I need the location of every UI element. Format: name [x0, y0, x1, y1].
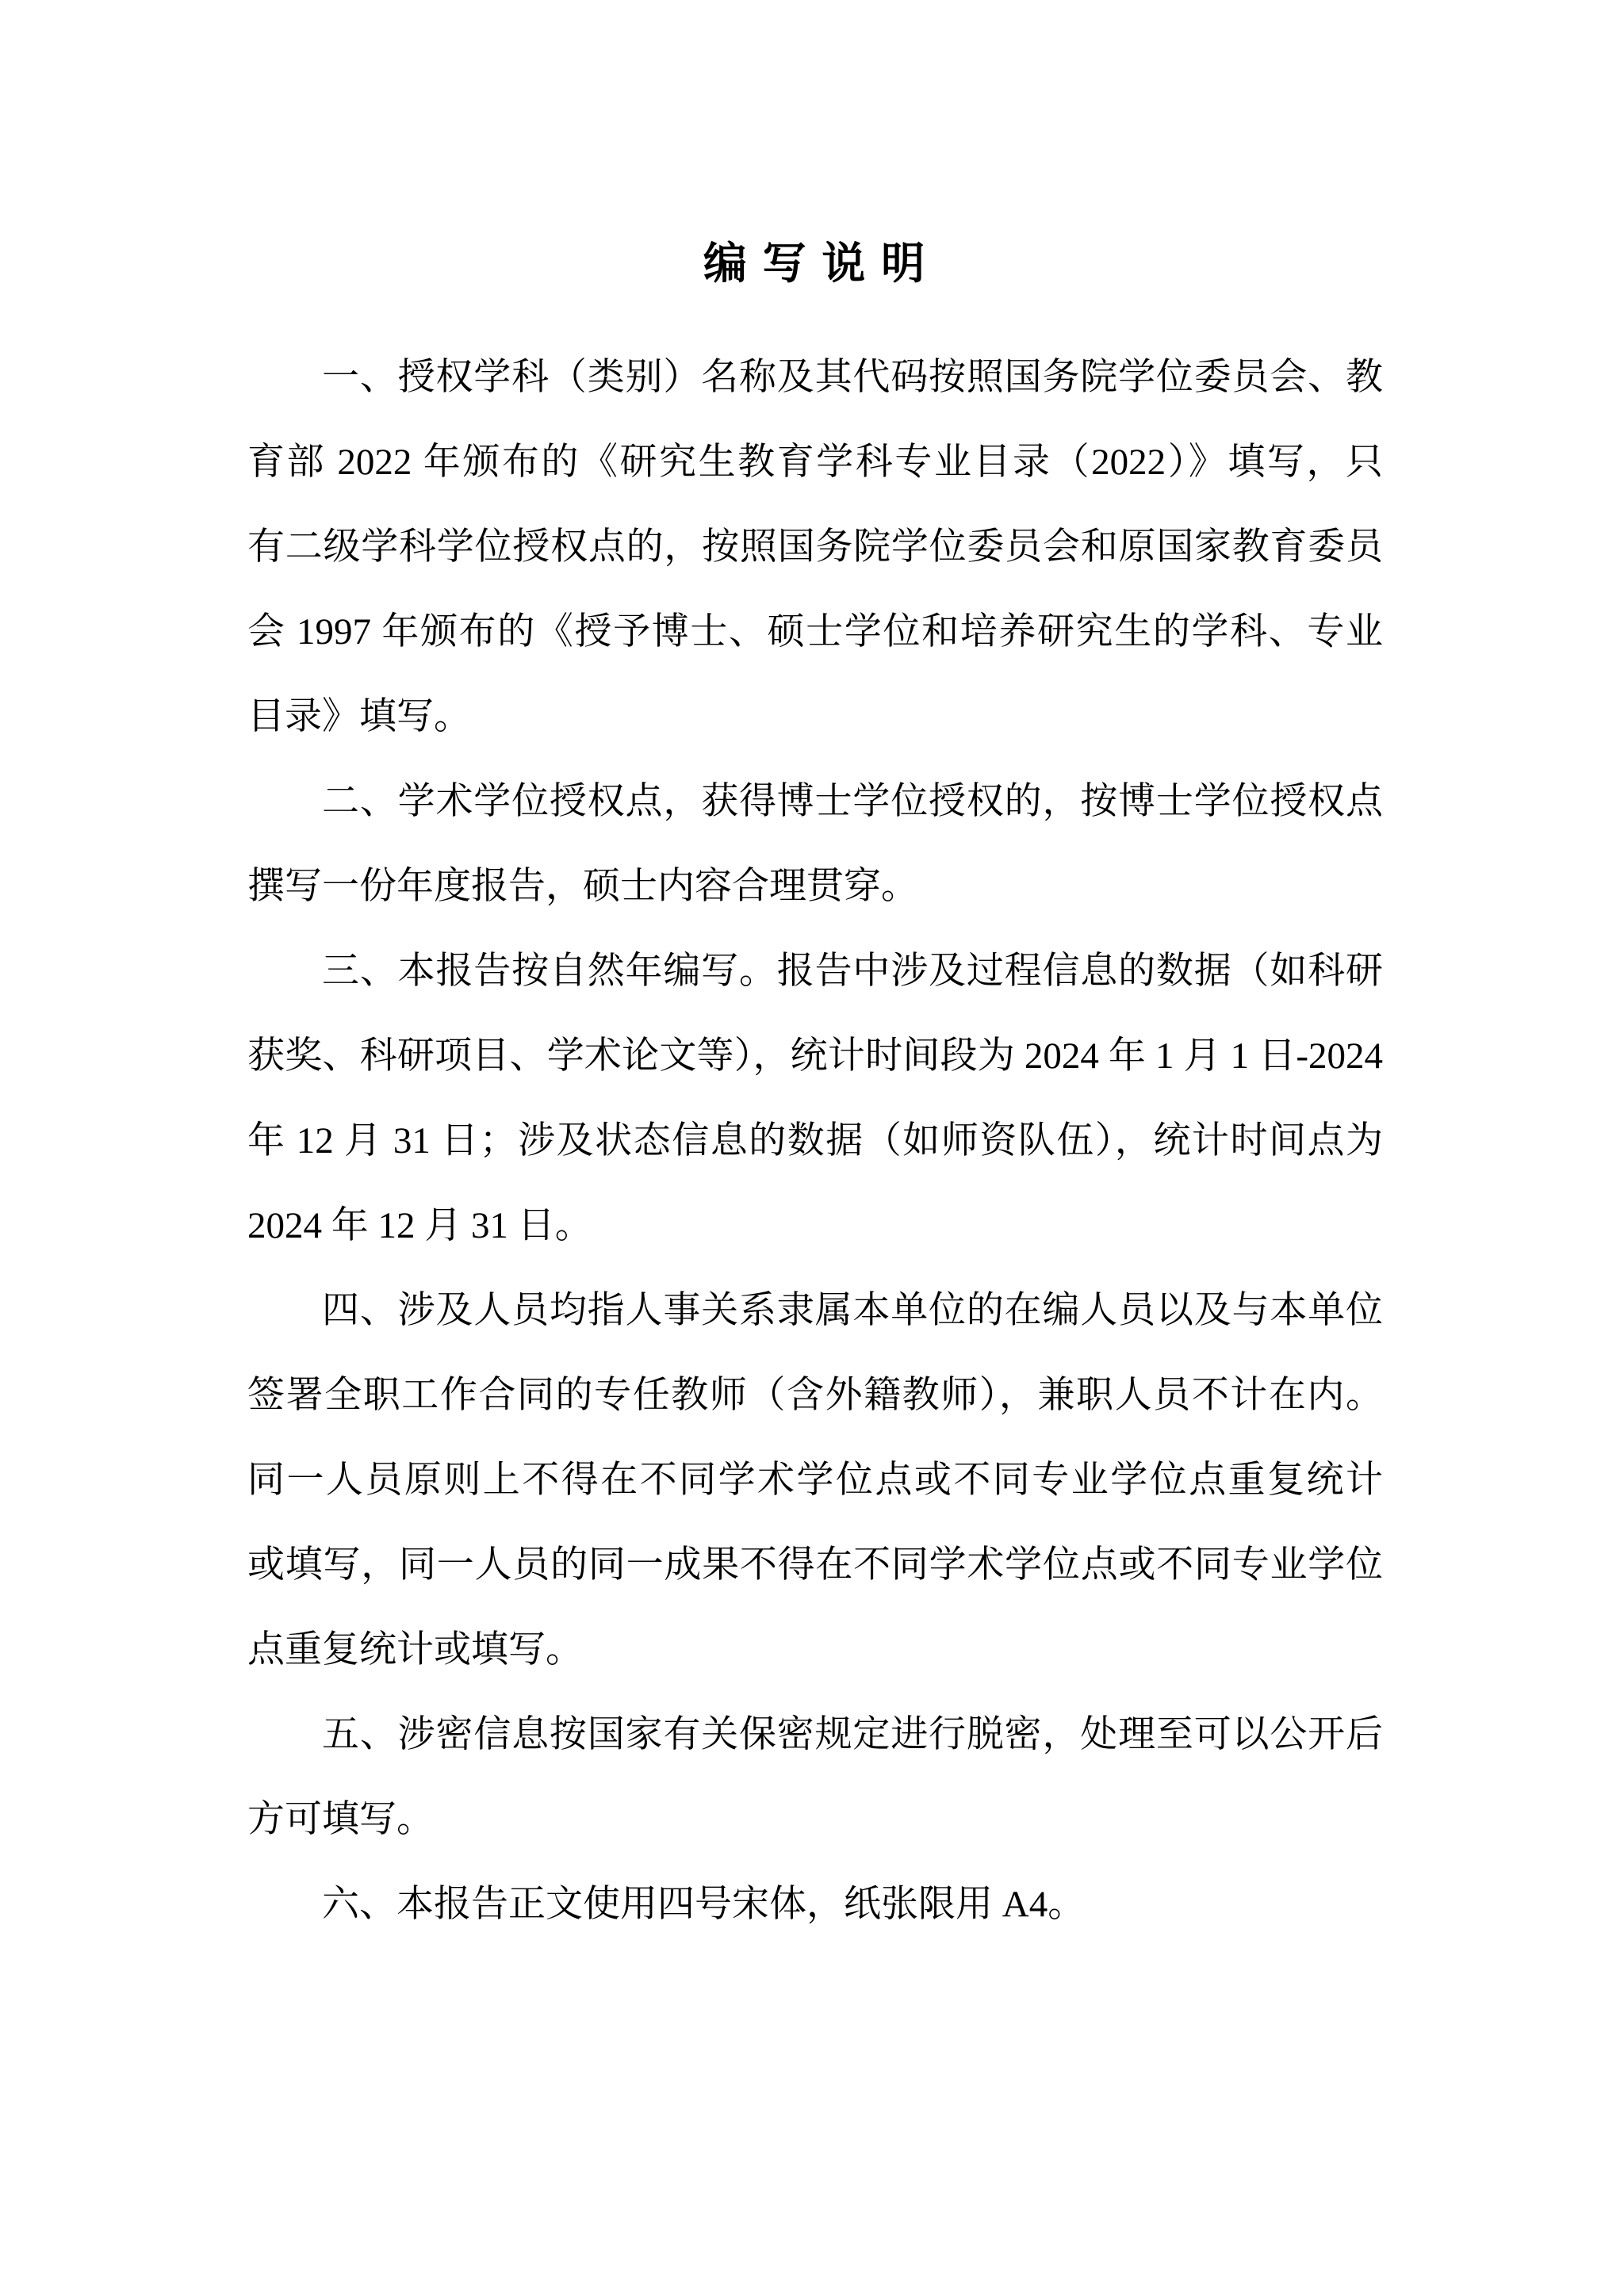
page-title: 编 写 说 明	[247, 240, 1383, 289]
text-line: 四、涉及人员均指人事关系隶属本单位的在编人员以及与本单位	[247, 1269, 1383, 1353]
text-line: 育部 2022 年颁布的《研究生教育学科专业目录（2022）》填写，只	[247, 420, 1383, 505]
text-line: 二、学术学位授权点，获得博士学位授权的，按博士学位授权点	[247, 760, 1383, 844]
text-line: 六、本报告正文使用四号宋体，纸张限用 A4。	[247, 1862, 1383, 1947]
text-line: 或填写，同一人员的同一成果不得在不同学术学位点或不同专业学位	[247, 1523, 1383, 1608]
text-line: 同一人员原则上不得在不同学术学位点或不同专业学位点重复统计	[247, 1438, 1383, 1523]
text-line: 目录》填写。	[247, 675, 1383, 760]
text-line: 三、本报告按自然年编写。报告中涉及过程信息的数据（如科研	[247, 929, 1383, 1014]
text-line: 方可填写。	[247, 1777, 1383, 1862]
text-line: 年 12 月 31 日；涉及状态信息的数据（如师资队伍），统计时间点为	[247, 1099, 1383, 1184]
text-line: 撰写一份年度报告，硕士内容合理贯穿。	[247, 844, 1383, 929]
text-line: 2024 年 12 月 31 日。	[247, 1184, 1383, 1269]
document-page: 编 写 说 明 一、授权学科（类别）名称及其代码按照国务院学位委员会、教育部 2…	[0, 0, 1624, 2296]
text-line: 有二级学科学位授权点的，按照国务院学位委员会和原国家教育委员	[247, 505, 1383, 590]
text-line: 会 1997 年颁布的《授予博士、硕士学位和培养研究生的学科、专业	[247, 590, 1383, 675]
text-line: 获奖、科研项目、学术论文等），统计时间段为 2024 年 1 月 1 日-202…	[247, 1014, 1383, 1099]
text-line: 签署全职工作合同的专任教师（含外籍教师），兼职人员不计在内。	[247, 1353, 1383, 1438]
text-line: 点重复统计或填写。	[247, 1608, 1383, 1693]
text-line: 一、授权学科（类别）名称及其代码按照国务院学位委员会、教	[247, 335, 1383, 420]
document-body: 一、授权学科（类别）名称及其代码按照国务院学位委员会、教育部 2022 年颁布的…	[247, 335, 1383, 1947]
text-line: 五、涉密信息按国家有关保密规定进行脱密，处理至可以公开后	[247, 1693, 1383, 1777]
